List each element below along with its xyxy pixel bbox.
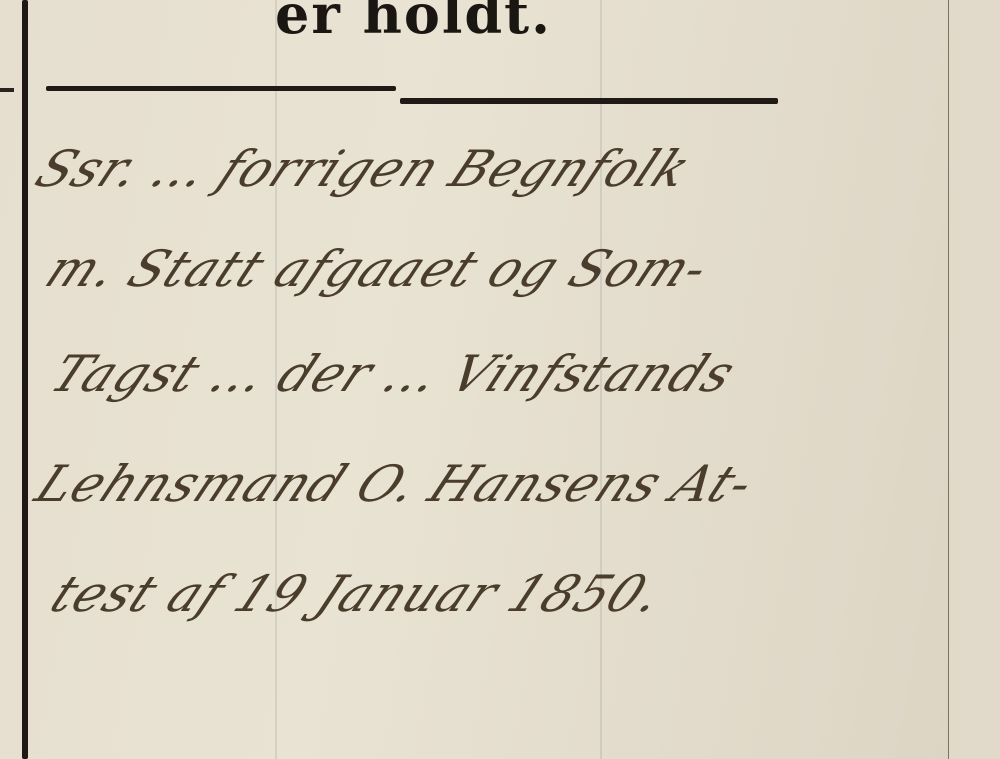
row-rule (400, 98, 778, 104)
column-rule-vertical (22, 0, 28, 759)
adjacent-page (948, 0, 1000, 759)
handwritten-line: m. Statt afgaaet og Som- (36, 240, 719, 298)
handwritten-line: Lehnsmand O. Hansens At- (26, 455, 764, 513)
row-rule-left (0, 88, 14, 92)
handwritten-line: test af 19 Januar 1850. (41, 565, 673, 623)
printed-header: er holdt. (275, 0, 552, 46)
row-rule (46, 86, 396, 91)
handwritten-line: Ssr. ... forrigen Begnfolk (26, 140, 700, 198)
handwritten-line: Tagst ... der ... Vinfstands (41, 345, 745, 403)
